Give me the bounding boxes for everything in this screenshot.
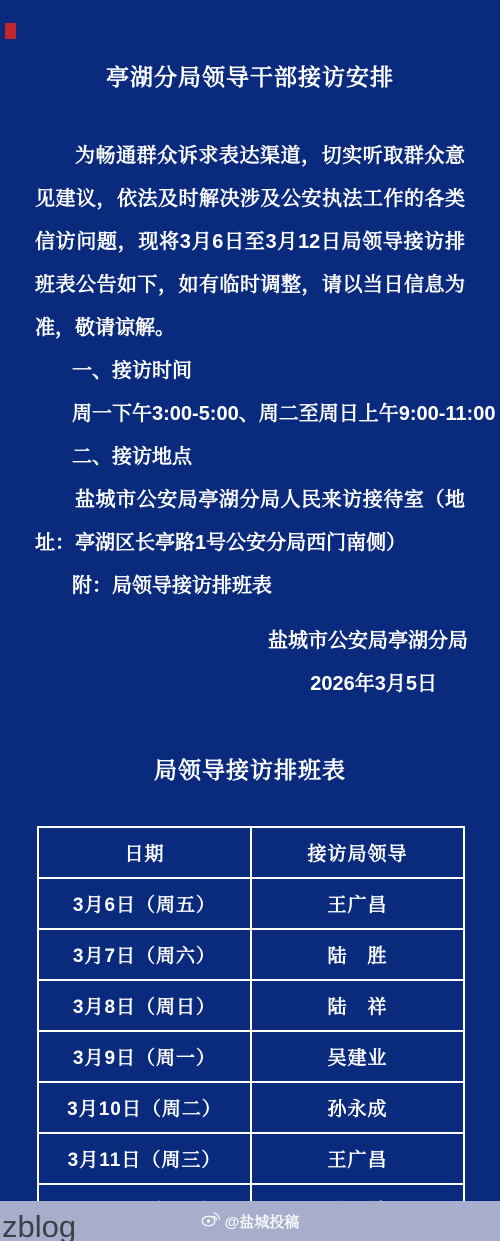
table-cell: 3月7日（周六） [38, 929, 251, 980]
schedule-title: 局领导接访排班表 [0, 755, 500, 785]
notice-title: 亭湖分局领导干部接访安排 [0, 0, 500, 94]
schedule-table: 日期 接访局领导 3月6日（周五）王广昌3月7日（周六）陆 胜3月8日（周日）陆… [37, 826, 465, 1236]
section2-heading: 二、接访地点 [72, 436, 500, 479]
table-row: 3月6日（周五）王广昌 [38, 878, 464, 929]
table-header-row: 日期 接访局领导 [38, 827, 464, 878]
weibo-icon [201, 1211, 220, 1231]
column-header-leader: 接访局领导 [251, 827, 464, 878]
table-cell: 3月6日（周五） [38, 878, 251, 929]
table-cell: 王广昌 [251, 878, 464, 929]
table-cell: 3月8日（周日） [38, 980, 251, 1031]
table-row: 3月9日（周一）吴建业 [38, 1031, 464, 1082]
table-cell: 陆 祥 [251, 980, 464, 1031]
table-cell: 吴建业 [251, 1031, 464, 1082]
table-cell: 王广昌 [251, 1133, 464, 1184]
section2-body: 盐城市公安局亭湖分局人民来访接待室（地址：亭湖区长亭路1号公安分局西门南侧） [35, 479, 465, 565]
weibo-credit: @盐城投稿 [0, 1201, 500, 1241]
red-mark [5, 23, 16, 39]
table-row: 3月7日（周六）陆 胜 [38, 929, 464, 980]
section1-body: 周一下午3:00-5:00、周二至周日上午9:00-11:00 [72, 393, 500, 436]
column-header-date: 日期 [38, 827, 251, 878]
footer-band: zblog @盐城投稿 [0, 1201, 500, 1241]
table-row: 3月8日（周日）陆 祥 [38, 980, 464, 1031]
table-cell: 3月9日（周一） [38, 1031, 251, 1082]
table-row: 3月10日（周二）孙永成 [38, 1082, 464, 1133]
schedule-body: 3月6日（周五）王广昌3月7日（周六）陆 胜3月8日（周日）陆 祥3月9日（周一… [38, 878, 464, 1235]
table-cell: 3月10日（周二） [38, 1082, 251, 1133]
notice-page: 亭湖分局领导干部接访安排 为畅通群众诉求表达渠道，切实听取群众意见建议，依法及时… [0, 0, 500, 1241]
table-cell: 3月11日（周三） [38, 1133, 251, 1184]
notice-intro: 为畅通群众诉求表达渠道，切实听取群众意见建议，依法及时解决涉及公安执法工作的各类… [35, 135, 465, 350]
signature-date: 2026年3月5日 [0, 663, 500, 706]
table-cell: 陆 胜 [251, 929, 464, 980]
weibo-handle: @盐城投稿 [225, 1211, 300, 1232]
section1-heading: 一、接访时间 [72, 350, 500, 393]
signature: 盐城市公安局亭湖分局 [0, 620, 500, 663]
table-cell: 孙永成 [251, 1082, 464, 1133]
attachment-note: 附：局领导接访排班表 [72, 565, 500, 608]
table-row: 3月11日（周三）王广昌 [38, 1133, 464, 1184]
